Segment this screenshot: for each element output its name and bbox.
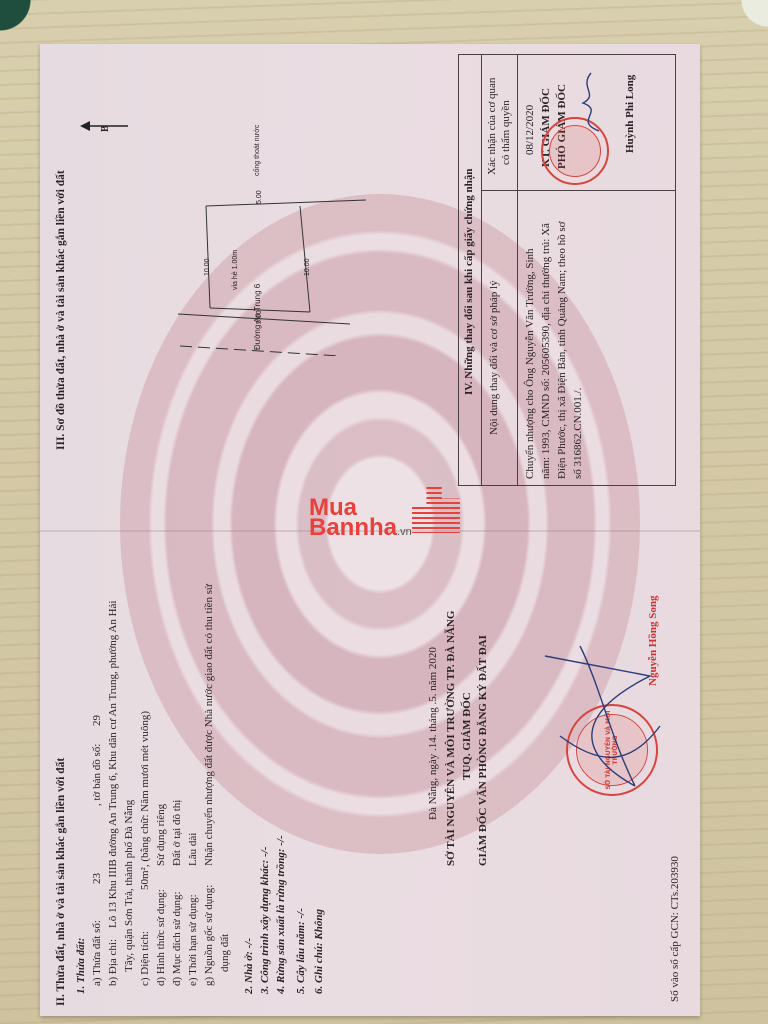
perennial-trees-item: 5. Cây lâu năm: -/- bbox=[294, 908, 310, 994]
change-line3: Điện Phước, thị xã Điện Bàn, tỉnh Quảng … bbox=[555, 222, 571, 479]
section4-title: IV. Những thay đổi sau khi cấp giấy chứn… bbox=[462, 169, 478, 395]
table-col2-header-line2: có thẩm quyền bbox=[499, 100, 515, 165]
origin-line2: dụng đất bbox=[218, 934, 234, 972]
change-line2: năm: 1993, CMND số: 205605390, địa chỉ t… bbox=[539, 223, 555, 479]
section3-title: III. Sơ đồ thửa đất, nhà ở và tài sản kh… bbox=[54, 170, 70, 450]
background-corner bbox=[728, 0, 768, 30]
origin-label: g) Nguồn gốc sử dụng: bbox=[202, 885, 218, 986]
purpose: Đất ở tại đô thị bbox=[170, 800, 186, 866]
org-line3: GIÁM ĐỐC VĂN PHÒNG ĐĂNG KÝ ĐẤT ĐAI bbox=[476, 635, 492, 866]
term-label: e) Thời hạn sử dụng: bbox=[186, 894, 202, 986]
watermark-suffix: .vn bbox=[397, 526, 412, 538]
map-sheet-label: , tờ bản đồ số: bbox=[90, 744, 106, 806]
term: Lâu dài bbox=[186, 833, 202, 866]
house-item: 2. Nhà ở: -/- bbox=[242, 938, 258, 994]
org-line1: SỞ TÀI NGUYÊN VÀ MÔI TRƯỜNG TP. ĐÀ NẴNG bbox=[444, 611, 460, 866]
confirm-date: 08/12/2020 bbox=[523, 105, 539, 155]
change-line1: Chuyển nhượng cho Ông Nguyễn Văn Trường,… bbox=[523, 248, 539, 479]
confirm-signature bbox=[569, 65, 609, 135]
sidewalk-label: vỉa hè 1.00m bbox=[228, 250, 244, 290]
area-label: c) Diện tích: bbox=[138, 931, 154, 986]
org-line2: TUQ. GIÁM ĐỐC bbox=[460, 692, 476, 780]
plot-diagram bbox=[170, 136, 370, 356]
signer-name: Nguyễn Hồng Song bbox=[646, 596, 662, 686]
use-form-label: d) Hình thức sử dụng: bbox=[154, 889, 170, 986]
production-forest-item: 4. Rừng sản xuất là rừng trồng: -/- bbox=[274, 835, 290, 994]
origin-line1: Nhận chuyển nhượng đất được Nhà nước gia… bbox=[202, 584, 218, 866]
dim-top: 10.00 bbox=[200, 258, 216, 276]
background-corner bbox=[0, 0, 40, 40]
registry-number: Số vào sổ cấp GCN: CTs.203930 bbox=[668, 856, 684, 1002]
confirm-signer: Huỳnh Phi Long bbox=[623, 75, 639, 153]
dim-bottom: 10.00 bbox=[300, 258, 316, 276]
watermark-logo: Mua Bannha.vn bbox=[309, 498, 412, 542]
address-line2: Tây, quận Sơn Trà, thành phố Đà Nẵng bbox=[122, 800, 138, 972]
sign-date: Đà Nẵng, ngày .14. tháng .5. năm 2020 bbox=[426, 647, 442, 820]
change-line4: số 316862.CN.001./. bbox=[571, 388, 587, 479]
purpose-label: đ) Mục đích sử dụng: bbox=[170, 891, 186, 986]
dim-right: 5.00 bbox=[252, 190, 268, 204]
land-heading: 1. Thửa đất: bbox=[74, 938, 90, 994]
watermark-line2: Bannha bbox=[309, 514, 397, 541]
map-sheet: 29 bbox=[90, 715, 106, 726]
other-construction-item: 3. Công trình xây dựng khác: -/- bbox=[258, 847, 274, 994]
table-col1-header: Nội dung thay đổi và cơ sở pháp lý bbox=[487, 280, 503, 435]
dim-left: 5.00 bbox=[252, 310, 268, 324]
drain-label: cống thoát nước bbox=[250, 125, 266, 176]
changes-table: IV. Những thay đổi sau khi cấp giấy chứn… bbox=[458, 54, 676, 486]
notes-item: 6. Ghi chú: Không bbox=[312, 909, 328, 994]
parcel-no: 23 bbox=[90, 873, 106, 884]
north-label: B bbox=[98, 125, 114, 132]
area-value: 50m², (bằng chữ: Năm mươi mét vuông) bbox=[138, 711, 154, 890]
parcel-no-label: a) Thửa đất số: bbox=[90, 920, 106, 986]
use-form: Sử dụng riêng bbox=[154, 804, 170, 866]
address-line1: Lô 13 Khu IIIB đường An Trung 6, Khu dân… bbox=[106, 601, 122, 928]
address-label: b) Địa chỉ: bbox=[106, 939, 122, 986]
section2-title: II. Thửa đất, nhà ở và tài sản khác gắn … bbox=[54, 758, 70, 1006]
